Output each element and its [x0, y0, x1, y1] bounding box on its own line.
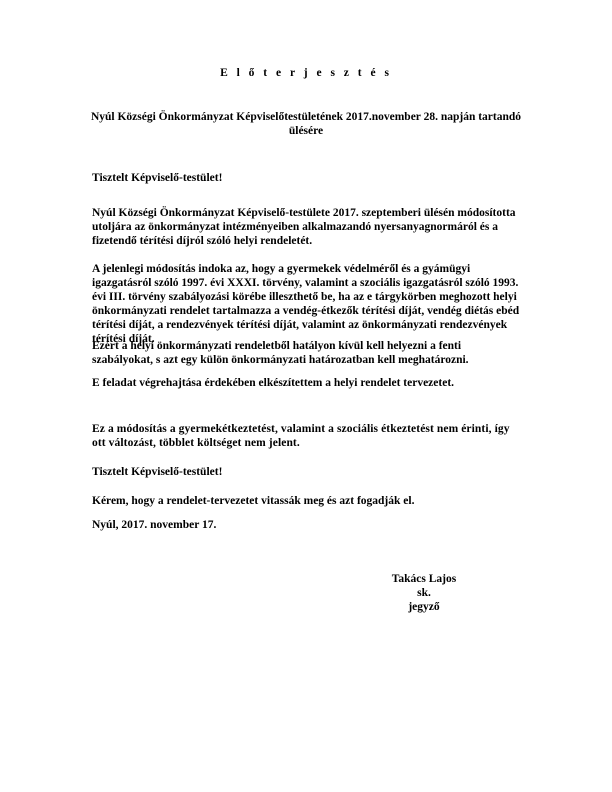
- document-page: E l ő t e r j e s z t é s Nyúl Községi Ö…: [0, 0, 612, 792]
- paragraph-consequence: Ezért a helyi önkormányzati rendeletből …: [92, 339, 522, 367]
- document-subtitle: Nyúl Községi Önkormányzat Képviselőtestü…: [90, 110, 522, 138]
- signature-block: Takács Lajos sk. jegyző: [384, 572, 464, 614]
- paragraph-intro: Nyúl Községi Önkormányzat Képviselő-test…: [92, 206, 522, 248]
- signer-name: Takács Lajos sk.: [384, 572, 464, 600]
- paragraph-impact-note: Ez a módosítás a gyermekétkeztetést, val…: [92, 422, 522, 450]
- paragraph-reason: A jelenlegi módosítás indoka az, hogy a …: [92, 262, 522, 346]
- signer-role: jegyző: [384, 600, 464, 614]
- salutation-closing: Tisztelt Képviselő-testület!: [92, 465, 522, 479]
- paragraph-task: E feladat végrehajtása érdekében elkészí…: [92, 376, 522, 390]
- document-title: E l ő t e r j e s z t é s: [0, 66, 612, 80]
- request-text: Kérem, hogy a rendelet-tervezetet vitass…: [92, 494, 522, 508]
- place-date: Nyúl, 2017. november 17.: [92, 518, 522, 532]
- salutation-opening: Tisztelt Képviselő-testület!: [92, 171, 522, 185]
